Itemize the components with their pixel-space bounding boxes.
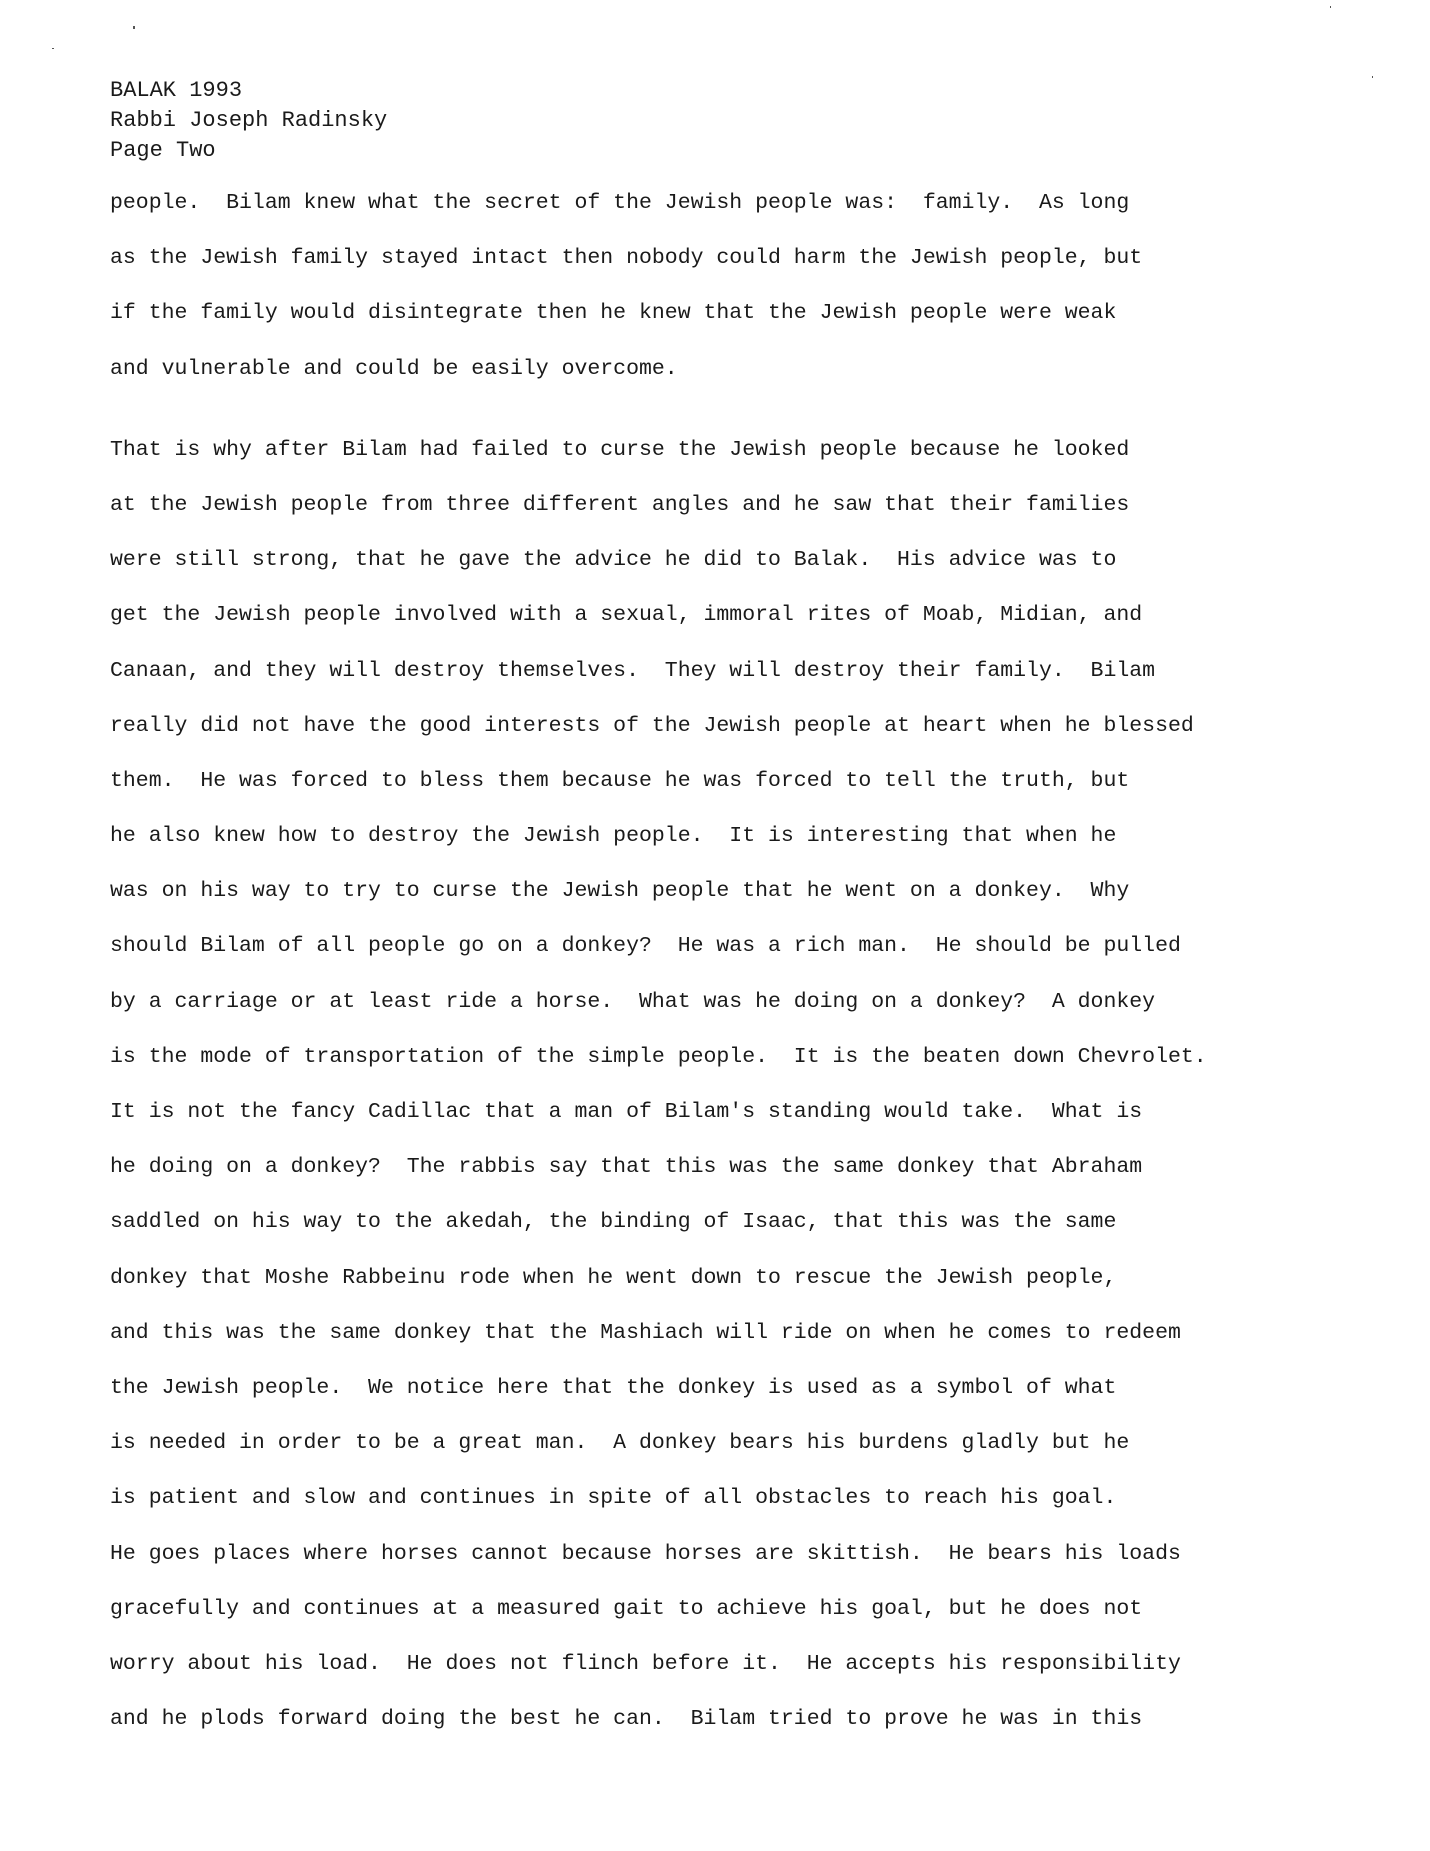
text-line: worry about his load. He does not flinch… bbox=[110, 1649, 1340, 1704]
text-line: at the Jewish people from three differen… bbox=[110, 490, 1340, 545]
scan-speck bbox=[133, 26, 135, 29]
text-line: should Bilam of all people go on a donke… bbox=[110, 931, 1340, 986]
document-page: BALAK 1993 Rabbi Joseph Radinsky Page Tw… bbox=[0, 0, 1430, 1851]
text-line: as the Jewish family stayed intact then … bbox=[110, 243, 1340, 298]
text-line: saddled on his way to the akedah, the bi… bbox=[110, 1207, 1340, 1262]
text-line: is patient and slow and continues in spi… bbox=[110, 1483, 1340, 1538]
text-line: was on his way to try to curse the Jewis… bbox=[110, 876, 1340, 931]
text-line: and this was the same donkey that the Ma… bbox=[110, 1318, 1340, 1373]
text-line: and vulnerable and could be easily overc… bbox=[110, 354, 1340, 409]
page-label: Page Two bbox=[110, 136, 387, 166]
document-title: BALAK 1993 bbox=[110, 76, 387, 106]
paragraph: That is why after Bilam had failed to cu… bbox=[110, 435, 1340, 1760]
document-body: people. Bilam knew what the secret of th… bbox=[110, 188, 1340, 1759]
text-line: get the Jewish people involved with a se… bbox=[110, 600, 1340, 655]
text-line: Canaan, and they will destroy themselves… bbox=[110, 656, 1340, 711]
text-line: is needed in order to be a great man. A … bbox=[110, 1428, 1340, 1483]
paragraph: people. Bilam knew what the secret of th… bbox=[110, 188, 1340, 409]
document-author: Rabbi Joseph Radinsky bbox=[110, 106, 387, 136]
text-line: by a carriage or at least ride a horse. … bbox=[110, 987, 1340, 1042]
text-line: is the mode of transportation of the sim… bbox=[110, 1042, 1340, 1097]
text-line: the Jewish people. We notice here that t… bbox=[110, 1373, 1340, 1428]
scan-speck bbox=[1330, 6, 1331, 8]
scan-speck bbox=[52, 48, 54, 49]
text-line: them. He was forced to bless them becaus… bbox=[110, 766, 1340, 821]
paragraph-gap bbox=[110, 409, 1340, 435]
text-line: really did not have the good interests o… bbox=[110, 711, 1340, 766]
document-header: BALAK 1993 Rabbi Joseph Radinsky Page Tw… bbox=[110, 76, 387, 166]
text-line: he also knew how to destroy the Jewish p… bbox=[110, 821, 1340, 876]
text-line: he doing on a donkey? The rabbis say tha… bbox=[110, 1152, 1340, 1207]
text-line: He goes places where horses cannot becau… bbox=[110, 1539, 1340, 1594]
text-line: gracefully and continues at a measured g… bbox=[110, 1594, 1340, 1649]
text-line: It is not the fancy Cadillac that a man … bbox=[110, 1097, 1340, 1152]
text-line: if the family would disintegrate then he… bbox=[110, 298, 1340, 353]
text-line: That is why after Bilam had failed to cu… bbox=[110, 435, 1340, 490]
text-line: and he plods forward doing the best he c… bbox=[110, 1704, 1340, 1759]
text-line: people. Bilam knew what the secret of th… bbox=[110, 188, 1340, 243]
scan-speck bbox=[1372, 76, 1373, 78]
text-line: donkey that Moshe Rabbeinu rode when he … bbox=[110, 1263, 1340, 1318]
text-line: were still strong, that he gave the advi… bbox=[110, 545, 1340, 600]
